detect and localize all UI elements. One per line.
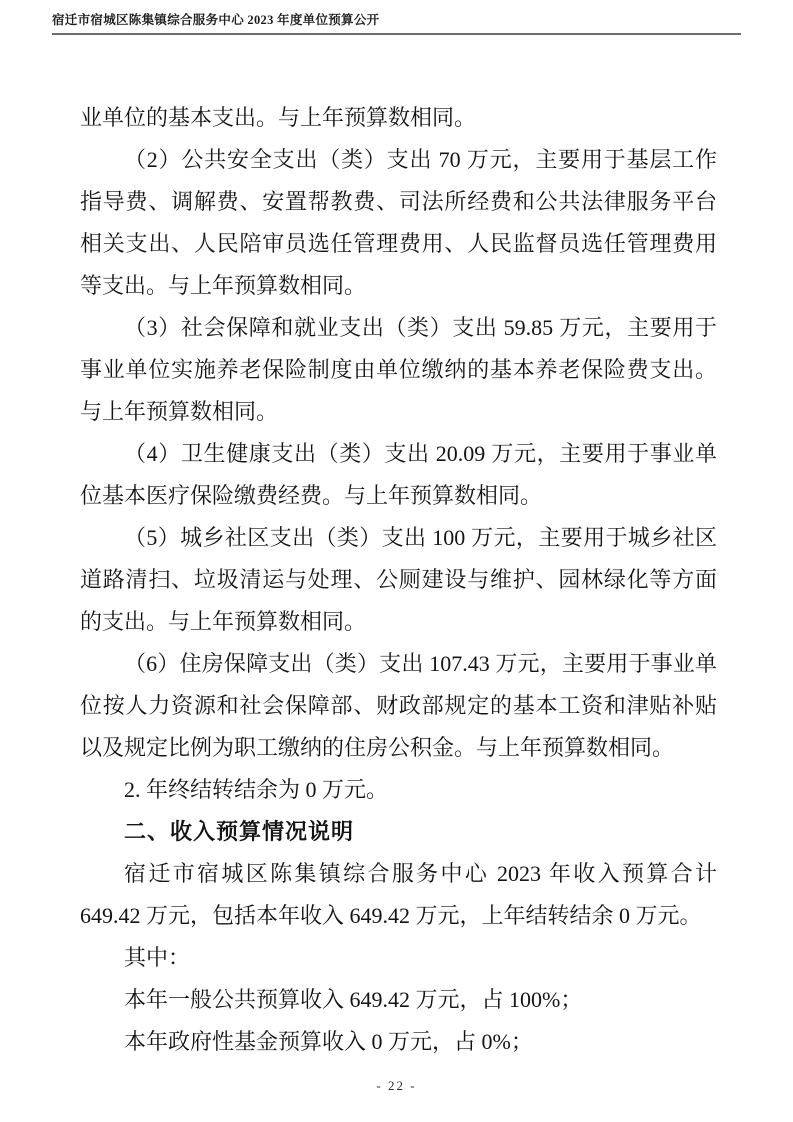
document-body: 业单位的基本支出。与上年预算数相同。（2）公共安全支出（类）支出 70 万元，主… (80, 97, 717, 1063)
paragraph: （3）社会保障和就业支出（类）支出 59.85 万元，主要用于事业单位实施养老保… (80, 307, 717, 433)
paragraph: 本年一般公共预算收入 649.42 万元，占 100%； (80, 979, 717, 1021)
paragraph: 其中： (80, 937, 717, 979)
paragraph: 2. 年终结转结余为 0 万元。 (80, 769, 717, 811)
page-footer: - 22 - (0, 1078, 793, 1094)
document-page: 宿迁市宿城区陈集镇综合服务中心 2023 年度单位预算公开 业单位的基本支出。与… (0, 0, 793, 1122)
page-header-title: 宿迁市宿城区陈集镇综合服务中心 2023 年度单位预算公开 (52, 10, 741, 28)
paragraph: 业单位的基本支出。与上年预算数相同。 (80, 97, 717, 139)
paragraph: （5）城乡社区支出（类）支出 100 万元，主要用于城乡社区道路清扫、垃圾清运与… (80, 517, 717, 643)
paragraph: （2）公共安全支出（类）支出 70 万元，主要用于基层工作指导费、调解费、安置帮… (80, 139, 717, 307)
page-header: 宿迁市宿城区陈集镇综合服务中心 2023 年度单位预算公开 (52, 10, 741, 35)
paragraph: （6）住房保障支出（类）支出 107.43 万元，主要用于事业单位按人力资源和社… (80, 643, 717, 769)
section-heading: 二、收入预算情况说明 (80, 811, 717, 853)
paragraph: 本年政府性基金预算收入 0 万元，占 0%； (80, 1021, 717, 1063)
paragraph: （4）卫生健康支出（类）支出 20.09 万元，主要用于事业单位基本医疗保险缴费… (80, 433, 717, 517)
page-number: - 22 - (376, 1078, 416, 1093)
paragraph: 宿迁市宿城区陈集镇综合服务中心 2023 年收入预算合计 649.42 万元，包… (80, 853, 717, 937)
